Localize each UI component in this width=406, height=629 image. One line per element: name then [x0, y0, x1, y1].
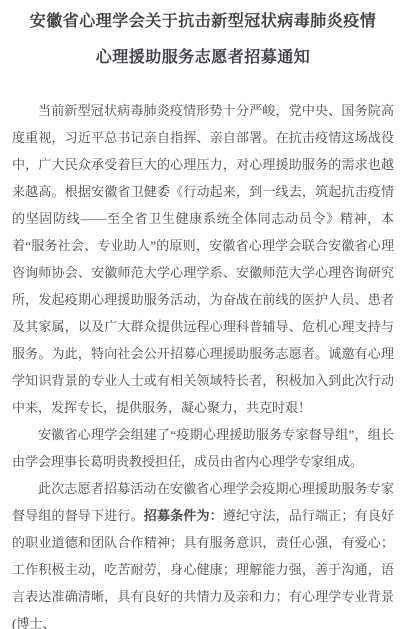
paragraph-text: 遵纪守法，品行端正；有良好的职业道德和团队合作精神；具有服务意识，责任心强，有爱…	[12, 508, 394, 629]
paragraph: 安徽省心理学会组建了“疫期心理援助服务专家督导组”，组长由学会理事长葛明贵教授担…	[12, 421, 394, 475]
document-title: 安徽省心理学会关于抗击新型冠状病毒肺炎疫情 心理援助服务志愿者招募通知	[12, 4, 394, 76]
title-line-2: 心理援助服务志愿者招募通知	[12, 40, 394, 76]
paragraph: 此次志愿者招募活动在安徽省心理学会疫期心理援助服务专家督导组的督导下进行。招募条…	[12, 475, 394, 629]
paragraph: 当前新型冠状病毒肺炎疫情形势十分严峻，党中央、国务院高度重视，习近平总书记亲自指…	[12, 97, 394, 421]
title-line-1: 安徽省心理学会关于抗击新型冠状病毒肺炎疫情	[12, 4, 394, 40]
recruitment-conditions-label: 招募条件为：	[144, 508, 223, 523]
document-page: 安徽省心理学会关于抗击新型冠状病毒肺炎疫情 心理援助服务志愿者招募通知 当前新型…	[0, 0, 406, 629]
document-body: 当前新型冠状病毒肺炎疫情形势十分严峻，党中央、国务院高度重视，习近平总书记亲自指…	[12, 97, 394, 629]
paragraph-text: 安徽省心理学会组建了“疫期心理援助服务专家督导组”，组长由学会理事长葛明贵教授担…	[12, 427, 394, 469]
paragraph-text: 当前新型冠状病毒肺炎疫情形势十分严峻，党中央、国务院高度重视，习近平总书记亲自指…	[12, 103, 394, 415]
